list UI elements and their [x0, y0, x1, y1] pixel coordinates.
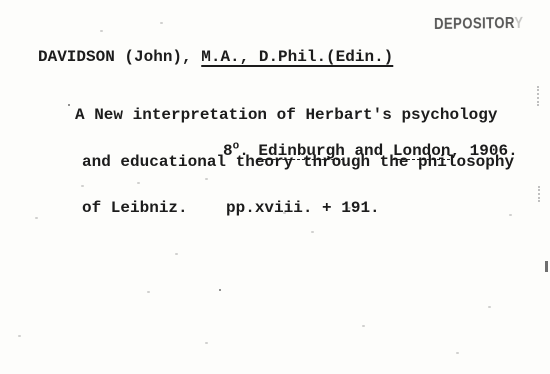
noise-speck	[509, 214, 512, 216]
noise-speck	[311, 231, 314, 233]
imprint-conjunction: and	[345, 142, 393, 160]
catalog-card: DEPOSITORY DAVIDSON (John), M.A., D.Phil…	[0, 0, 550, 374]
noise-speck	[205, 342, 208, 344]
author-name: DAVIDSON (John),	[38, 48, 201, 66]
noise-speck	[35, 217, 38, 219]
noise-speck	[488, 306, 491, 308]
noise-speck	[100, 30, 103, 32]
depository-stamp: DEPOSITORY	[434, 15, 524, 34]
publication-place-2: London	[393, 142, 451, 160]
edge-dark-mark	[545, 261, 548, 272]
noise-speck	[68, 104, 70, 106]
format-size: 8	[223, 142, 233, 160]
imprint-separator: .	[239, 142, 258, 160]
author-degrees: M.A., D.Phil.(Edin.)	[201, 48, 393, 66]
noise-speck	[160, 22, 163, 24]
noise-speck	[137, 182, 140, 184]
noise-speck	[348, 207, 351, 209]
noise-speck	[219, 289, 221, 291]
noise-speck	[283, 212, 286, 214]
edge-dotted-mark	[538, 186, 540, 202]
noise-speck	[456, 352, 459, 354]
title-line-1: A New interpretation of Herbart's psycho…	[75, 108, 514, 124]
title-line-3: of Leibniz. pp.xviii. + 191.	[75, 201, 514, 217]
publication-year: , 1906.	[450, 142, 517, 160]
depository-stamp-faded-letter: Y	[514, 15, 523, 32]
noise-speck	[147, 291, 150, 293]
noise-speck	[362, 325, 365, 327]
imprint-line: 8o. Edinburgh and London, 1906.	[223, 142, 518, 160]
depository-stamp-text: DEPOSITOR	[434, 15, 514, 33]
edge-dotted-mark	[537, 86, 539, 106]
noise-speck	[175, 253, 178, 255]
author-heading: DAVIDSON (John), M.A., D.Phil.(Edin.)	[38, 48, 393, 66]
publication-place-1: Edinburgh	[258, 142, 344, 160]
noise-speck	[205, 178, 208, 180]
title-paragraph: A New interpretation of Herbart's psycho…	[75, 77, 514, 248]
noise-speck	[81, 185, 84, 187]
noise-speck	[18, 335, 21, 337]
